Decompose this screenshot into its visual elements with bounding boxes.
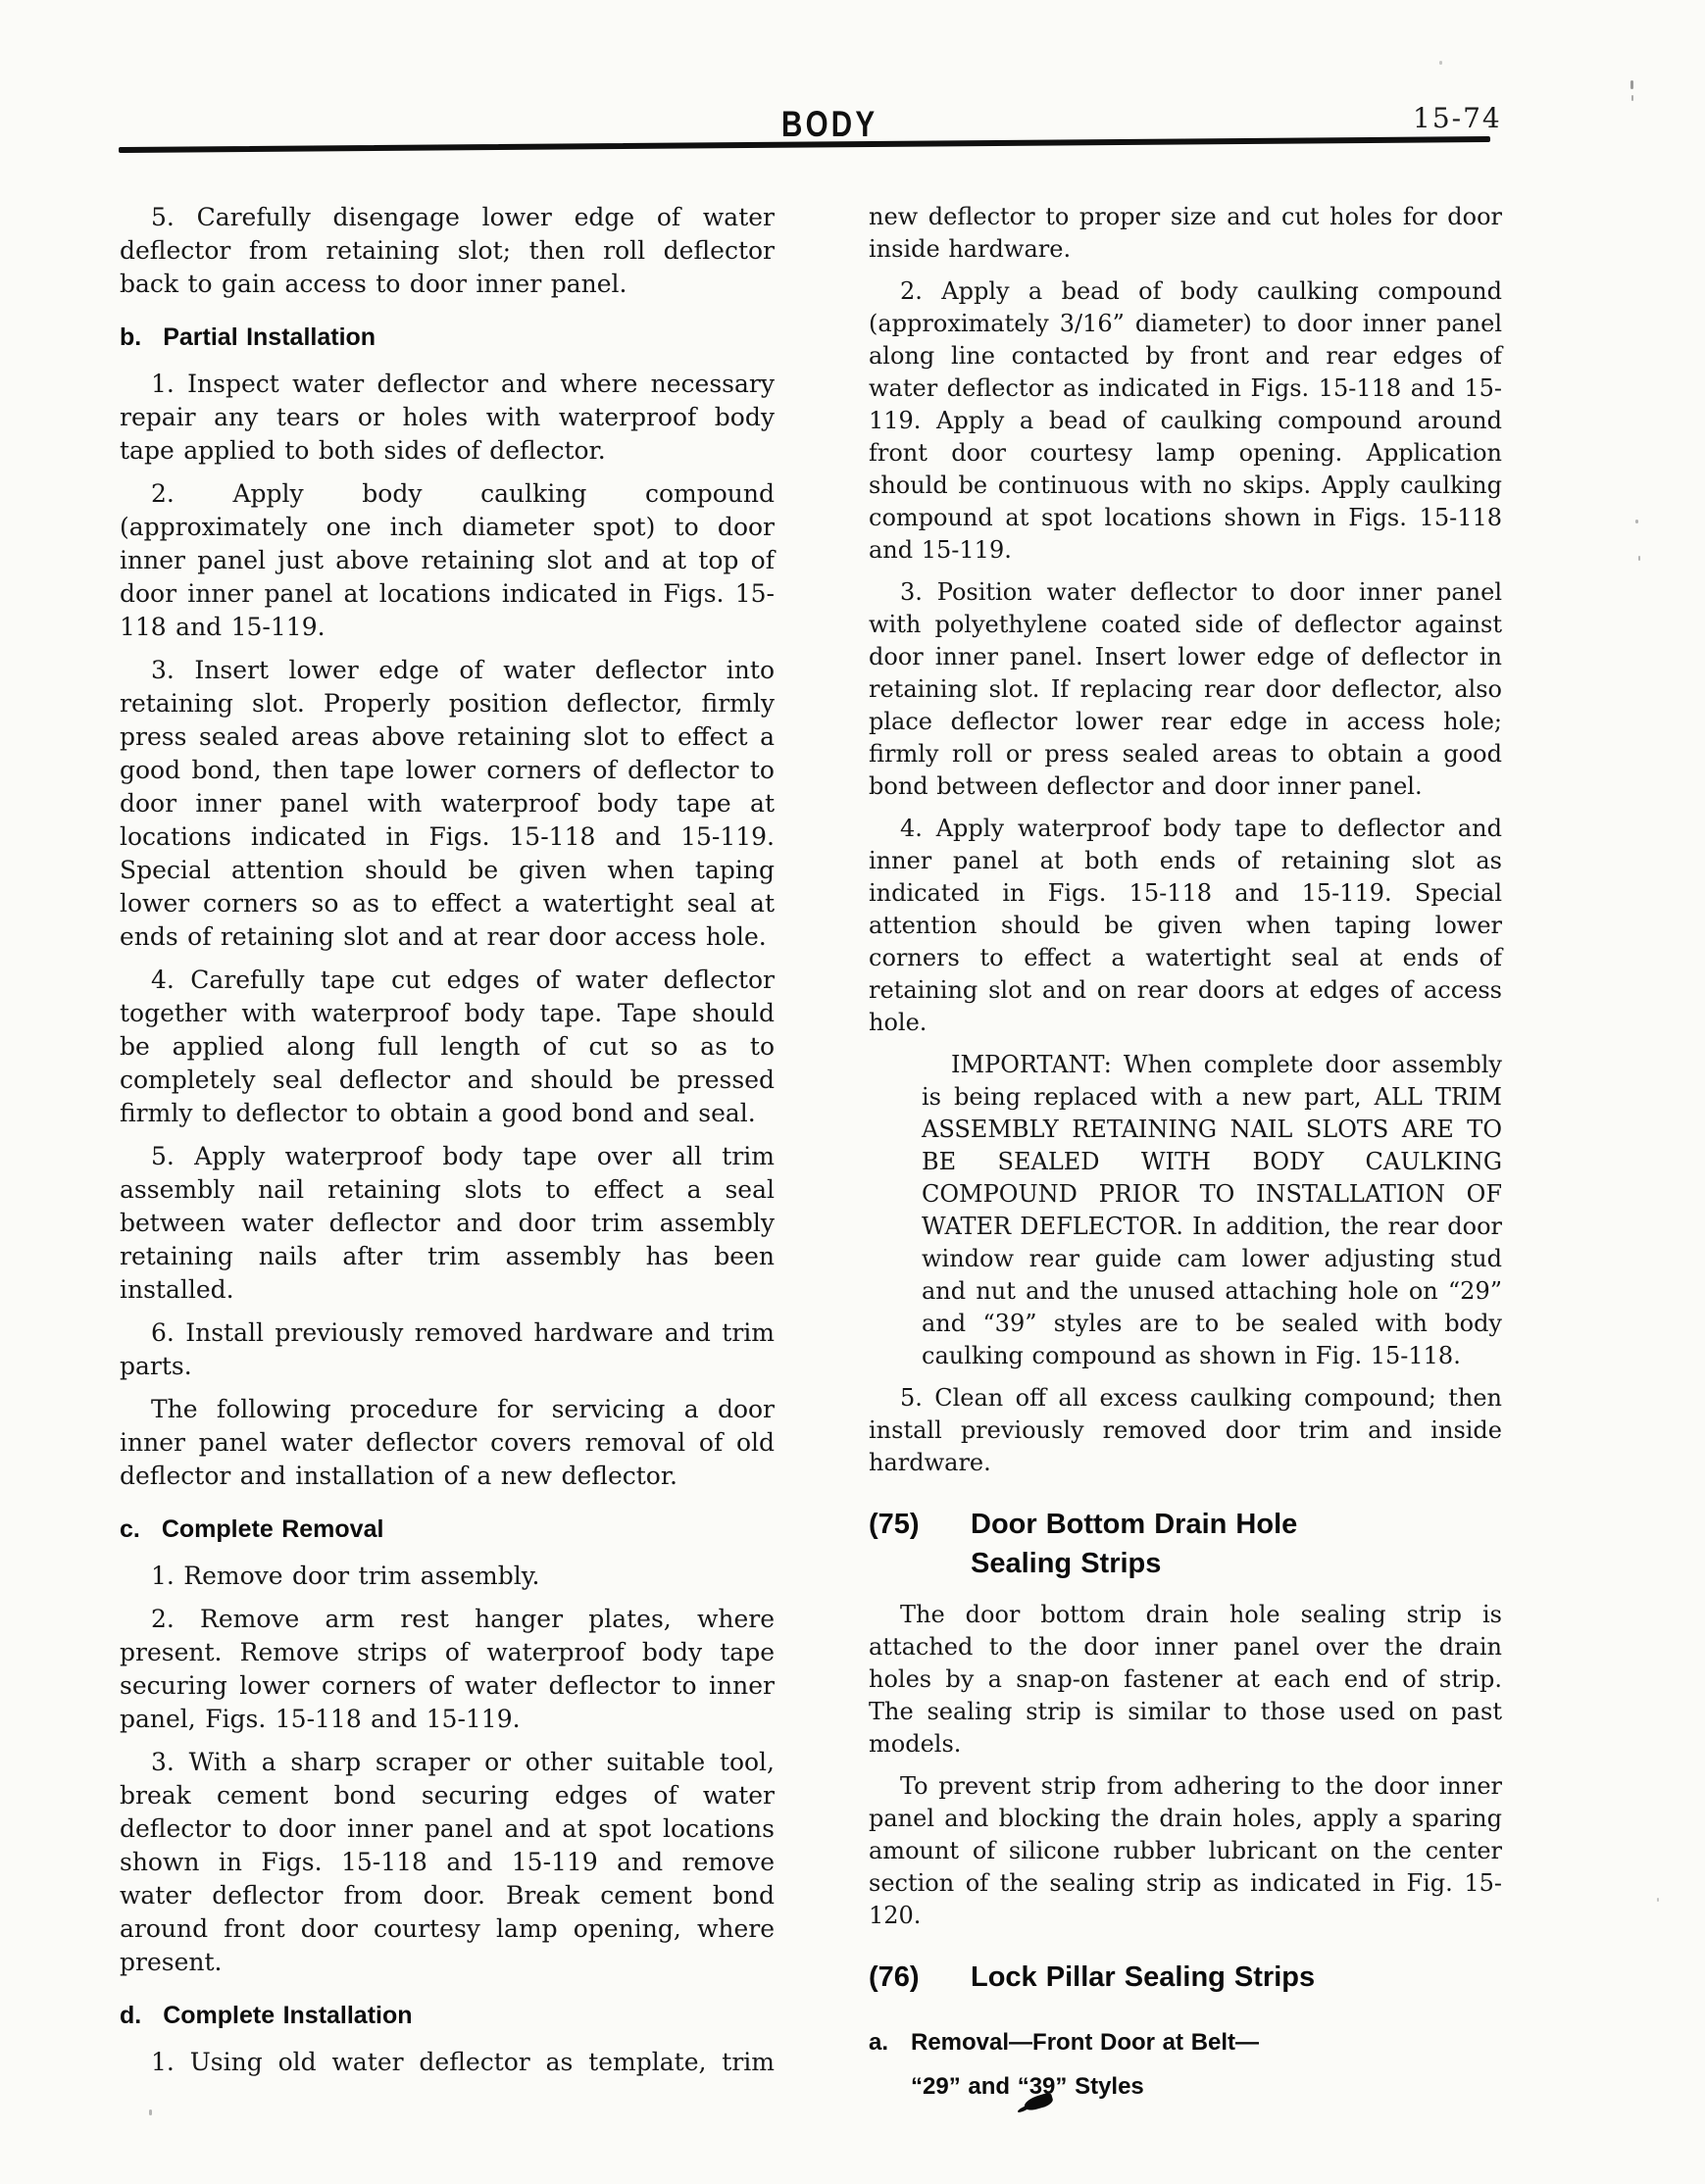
paragraph: The door bottom drain hole sealing strip… <box>869 1599 1502 1761</box>
paragraph: 2. Remove arm rest hanger plates, where … <box>120 1603 775 1736</box>
paragraph: 2. Apply body caulking compound (approxi… <box>120 477 775 644</box>
heading-letter: a. <box>869 2020 911 2109</box>
paragraph: 1. Remove door trim assembly. <box>120 1560 775 1593</box>
important-note: IMPORTANT: When complete door assembly i… <box>922 1049 1502 1372</box>
paragraph: 5. Carefully disengage lower edge of wat… <box>120 201 775 301</box>
section-title: Lock Pillar Sealing Strips <box>971 1958 1315 1997</box>
scan-speck <box>1439 61 1442 65</box>
scan-speck <box>149 2110 152 2115</box>
paragraph: To prevent strip from adhering to the do… <box>869 1770 1502 1932</box>
scan-speck <box>1635 520 1638 523</box>
scan-speck <box>1657 1898 1659 1902</box>
heading-text: Complete Removal <box>162 1515 384 1543</box>
section-number: (75) <box>869 1505 971 1583</box>
heading-text: Complete Installation <box>163 2002 412 2029</box>
heading-text: Partial Installation <box>163 323 376 351</box>
paragraph: 1. Using old water deflector as template… <box>120 2046 775 2079</box>
paragraph: 3. With a sharp scraper or other suitabl… <box>120 1746 775 1979</box>
page-title: BODY <box>781 104 878 145</box>
paragraph: 6. Install previously removed hardware a… <box>120 1316 775 1383</box>
paragraph: 5. Clean off all excess caulking compoun… <box>869 1382 1502 1479</box>
sub-section-heading: b.Partial Installation <box>120 321 775 354</box>
page-number: 15-74 <box>1413 102 1502 134</box>
paragraph: 3. Insert lower edge of water deflector … <box>120 654 775 954</box>
section-heading: (75)Door Bottom Drain Hole Sealing Strip… <box>869 1505 1502 1583</box>
heading-letter: b. <box>120 323 141 351</box>
paragraph: 4. Carefully tape cut edges of water def… <box>120 964 775 1130</box>
scan-speck <box>1631 95 1633 101</box>
right-column: new deflector to proper size and cut hol… <box>869 201 1502 2109</box>
paragraph: 4. Apply waterproof body tape to deflect… <box>869 813 1502 1039</box>
sub-section-heading: c.Complete Removal <box>120 1513 775 1546</box>
section-heading: (76)Lock Pillar Sealing Strips <box>869 1958 1502 1997</box>
sub-section-heading: d.Complete Installation <box>120 1999 775 2032</box>
heading-text: Removal—Front Door at Belt— “29” and “39… <box>911 2020 1259 2109</box>
paragraph: 2. Apply a bead of body caulking compoun… <box>869 275 1502 567</box>
heading-letter: c. <box>120 1515 140 1543</box>
paragraph: 5. Apply waterproof body tape over all t… <box>120 1140 775 1307</box>
paragraph: new deflector to proper size and cut hol… <box>869 201 1502 266</box>
scan-speck <box>1638 556 1640 561</box>
manual-page: BODY 15-74 5. Carefully disengage lower … <box>0 0 1705 2184</box>
scan-speck <box>1630 80 1633 89</box>
paragraph: The following procedure for servicing a … <box>120 1393 775 1493</box>
section-title: Door Bottom Drain Hole Sealing Strips <box>971 1505 1297 1583</box>
paragraph: 3. Position water deflector to door inne… <box>869 576 1502 803</box>
heading-letter: d. <box>120 2002 141 2029</box>
left-column: 5. Carefully disengage lower edge of wat… <box>120 201 775 2089</box>
sub-section-heading: a.Removal—Front Door at Belt— “29” and “… <box>869 2020 1502 2109</box>
paragraph: 1. Inspect water deflector and where nec… <box>120 368 775 468</box>
section-number: (76) <box>869 1958 971 1997</box>
